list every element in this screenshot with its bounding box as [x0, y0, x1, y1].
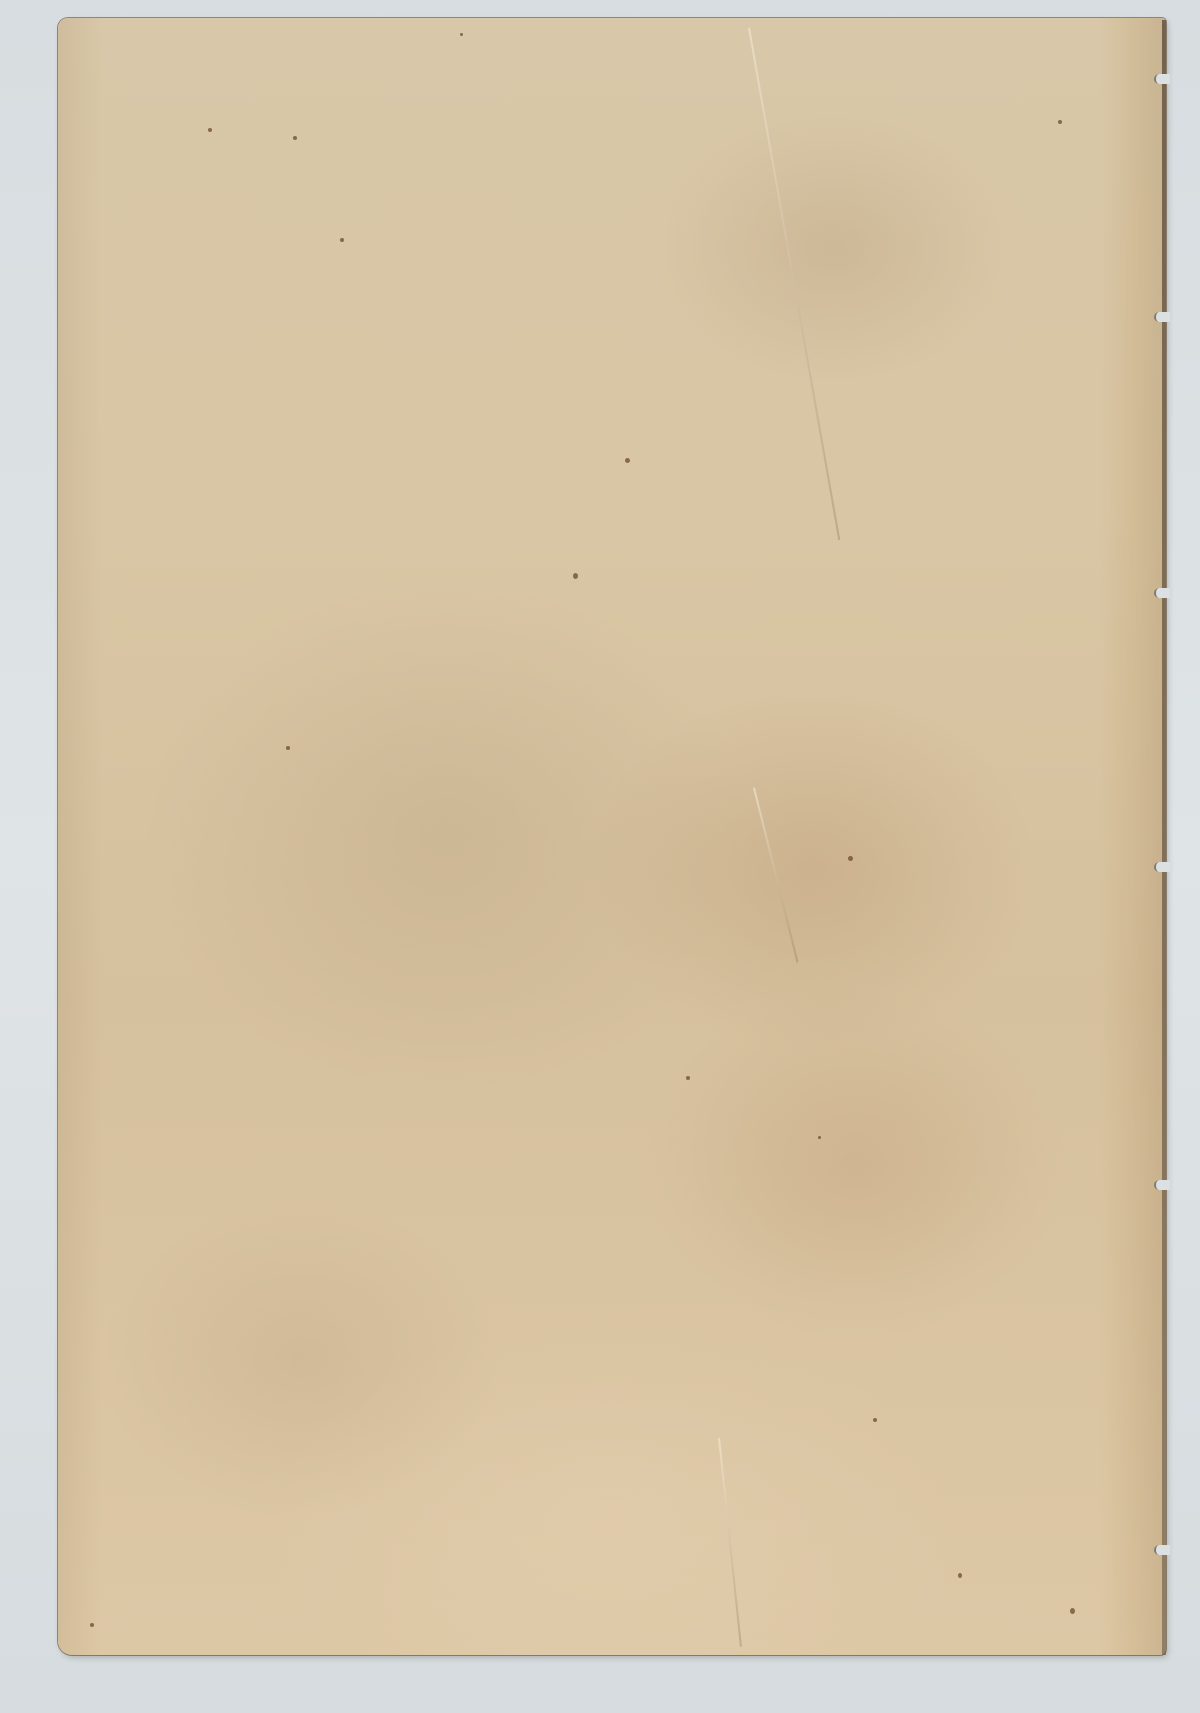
foxing-spot	[958, 1573, 962, 1578]
edge-notch	[1154, 1545, 1170, 1555]
foxing-spot	[873, 1418, 877, 1422]
edge-notch	[1154, 74, 1170, 84]
foxing-spot	[573, 573, 578, 579]
foxing-spot	[1058, 120, 1062, 124]
paper-crease	[753, 788, 798, 963]
paper-edge-shadow	[1162, 20, 1166, 1655]
foxing-spot	[340, 238, 344, 242]
edge-notch	[1154, 588, 1170, 598]
edge-notch	[1154, 312, 1170, 322]
foxing-spot	[460, 33, 463, 36]
foxing-spot	[286, 746, 290, 750]
foxing-spot	[90, 1623, 94, 1627]
paper-sheet	[58, 18, 1166, 1655]
edge-notch	[1154, 1180, 1170, 1190]
foxing-spot	[625, 458, 630, 463]
foxing-spot	[686, 1076, 690, 1080]
foxing-spot	[208, 128, 212, 132]
paper-crease	[718, 1438, 742, 1647]
paper-crease	[748, 28, 840, 540]
foxing-spot	[1070, 1608, 1075, 1614]
foxing-spot	[293, 136, 297, 140]
foxing-spot	[818, 1136, 821, 1139]
edge-notch	[1154, 862, 1170, 872]
foxing-spot	[848, 856, 853, 861]
